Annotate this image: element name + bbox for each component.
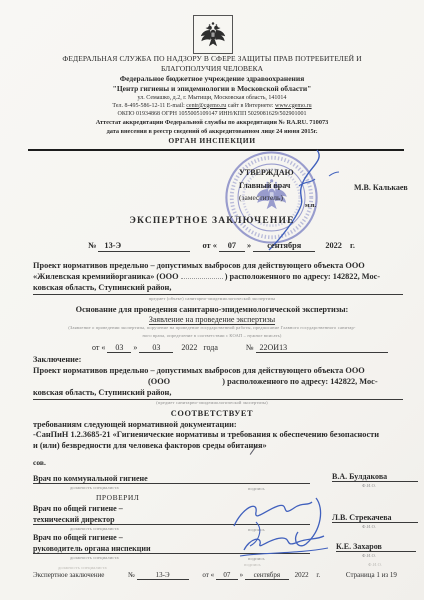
signer2-position-sublabel: должность специалиста bbox=[70, 526, 119, 531]
signer2-signature-line bbox=[216, 524, 310, 525]
footer-from-label: от « bbox=[190, 571, 214, 579]
institution-type: Федеральное бюджетное учреждение здравоо… bbox=[0, 75, 424, 84]
basis-note-line1: (Заявление о проведении экспертизы, пору… bbox=[30, 325, 394, 330]
quote-close: » bbox=[247, 241, 251, 250]
basis-quote-open: « bbox=[101, 343, 105, 352]
signer2-name: Л.В. Стрекачева bbox=[332, 513, 418, 523]
basis-quote-close: » bbox=[133, 343, 137, 352]
year-value: 2022 bbox=[317, 241, 342, 250]
basis-year: 2022 bbox=[175, 343, 197, 352]
basis-year-word: года bbox=[199, 343, 217, 352]
document-page: ФЕДЕРАЛЬНАЯ СЛУЖБА ПО НАДЗОРУ В СФЕРЕ ЗА… bbox=[0, 0, 424, 600]
signer3-name: К.Е. Захаров bbox=[336, 542, 416, 552]
conclusion-label: Заключение: bbox=[33, 355, 81, 365]
registration-codes: ОКПО 01934868 ОГРН 1055005109147 ИНН/КПП… bbox=[0, 111, 424, 118]
requirements-line1: -СанПиН 1.2.3685-21 «Гигиенические норма… bbox=[33, 430, 403, 439]
conclusion-line3: ковская область, Ступинский район, bbox=[33, 388, 403, 400]
footer-year: 2022 bbox=[291, 571, 309, 579]
conclusion-caption: (предмет санитарно-эпидемиологической эк… bbox=[0, 400, 424, 405]
spare-name-sublabel: Ф.И.О. bbox=[368, 562, 382, 567]
basis-statement: Заявление на проведение экспертизы bbox=[0, 315, 424, 324]
footer-month: сентября bbox=[245, 571, 289, 580]
accreditation-line1: Аттестат аккредитации Федеральной службы… bbox=[0, 119, 424, 126]
signer3-position-line2: руководитель органа инспекции bbox=[33, 544, 233, 554]
spare-position-sublabel: должность специалиста bbox=[58, 565, 107, 570]
subject-line2: «Жилевская кремнийорганика» (ООО ) распо… bbox=[33, 272, 403, 281]
subject-line2b: ) расположенного по адресу: 142822, Мос- bbox=[225, 272, 380, 281]
signer2-name-sublabel: Ф.И.О. bbox=[362, 524, 376, 529]
subject-line2a: «Жилевская кремнийорганика» (ООО bbox=[33, 272, 179, 281]
signer3-sign-sublabel: подпись bbox=[248, 556, 265, 561]
conclusion-line1: Проект нормативов предельно – допустимых… bbox=[33, 366, 403, 375]
basis-date-line: от « 03 » 03 2022 года № 22ОИ13 bbox=[92, 343, 388, 353]
institution-name: "Центр гигиены и эпидемиологии в Московс… bbox=[0, 85, 424, 94]
subject-caption: предмет (объект) санитарно-эпидемиологич… bbox=[0, 296, 424, 301]
footer-no-label: № bbox=[106, 571, 135, 579]
basis-month: 03 bbox=[139, 343, 173, 353]
footer-number: 13-Э bbox=[137, 571, 189, 580]
number-label: № bbox=[88, 241, 96, 250]
agency-name-line1: ФЕДЕРАЛЬНАЯ СЛУЖБА ПО НАДЗОРУ В СФЕРЕ ЗА… bbox=[0, 55, 424, 64]
contact-line: Тел. 8-495-586-12-11 E-mail: centr@cgemo… bbox=[0, 103, 424, 110]
double-headed-eagle-icon bbox=[198, 21, 228, 49]
seal-place-mark: м.п. bbox=[305, 202, 316, 209]
signer3-signature-line bbox=[216, 553, 310, 554]
number-line: № 13-Э от « 07 » сентября 2022 г. bbox=[88, 241, 355, 252]
signer1-name: В.А. Булдакова bbox=[332, 472, 418, 482]
signer1-position: Врач по коммунальной гигиене bbox=[33, 474, 219, 484]
signer1-name-sublabel: Ф.И.О. bbox=[362, 483, 376, 488]
approver-deputy-note: (заместитель) bbox=[239, 194, 283, 203]
conclusion-line2b: ) расположенного по адресу: 142822, Мос- bbox=[222, 377, 377, 386]
footer-quote-close: » bbox=[240, 571, 244, 579]
accreditation-line2: дата внесения в реестр сведений об аккре… bbox=[0, 128, 424, 135]
state-emblem-frame bbox=[193, 15, 233, 54]
footer-page-number: Страница 1 из 19 bbox=[322, 571, 397, 579]
basis-note-line2: ного врача, определение в соответствии с… bbox=[0, 333, 424, 338]
approver-name: М.В. Калькаев bbox=[354, 183, 408, 192]
approve-label: УТВЕРЖДАЮ bbox=[239, 168, 294, 177]
document-title: ЭКСПЕРТНОЕ ЗАКЛЮЧЕНИЕ bbox=[0, 216, 424, 227]
sov-note: сов. bbox=[33, 459, 46, 468]
day-value: 07 bbox=[219, 241, 245, 252]
signer3-position-sublabel: должность специалиста bbox=[70, 555, 119, 560]
signer2-position-line2: технический директор bbox=[33, 515, 219, 525]
footer-day: 07 bbox=[216, 571, 238, 580]
letterhead-divider bbox=[28, 149, 404, 151]
institution-address: ул. Семашко, д.2, г. Мытищи, Московская … bbox=[0, 95, 424, 102]
approver-position: Главный врач bbox=[239, 181, 290, 190]
signer2-signature bbox=[228, 496, 338, 548]
subject-line1: Проект нормативов предельно – допустимых… bbox=[33, 261, 403, 270]
site-link: www.cgemo.ru bbox=[275, 103, 312, 109]
site-label: сайт в Интернете: bbox=[228, 103, 274, 109]
footer-line: Экспертное заключение № 13-Э от « 07 » с… bbox=[33, 571, 416, 580]
number-value: 13-Э bbox=[98, 241, 190, 252]
organ-inspection-label: ОРГАН ИНСПЕКЦИИ bbox=[0, 137, 424, 146]
signer2-sign-sublabel: подпись bbox=[248, 527, 265, 532]
conclusion-line2a: (ООО bbox=[148, 377, 170, 386]
signer1-position-sublabel: должность специалиста bbox=[70, 485, 119, 490]
agency-name-line2: БЛАГОПОЛУЧИЯ ЧЕЛОВЕКА bbox=[0, 65, 424, 74]
spare-sign-sublabel: подпись bbox=[244, 562, 261, 567]
basis-heading: Основание для проведения санитарно-эпиде… bbox=[0, 305, 424, 315]
basis-no-label: № bbox=[220, 343, 254, 352]
email-link: centr@cgemo.ru bbox=[186, 103, 226, 109]
year-suffix: г. bbox=[344, 241, 355, 250]
checked-label: ПРОВЕРИЛ bbox=[96, 494, 139, 503]
basis-day: 03 bbox=[107, 343, 131, 353]
signer3-position-line1: Врач по общей гигиене – bbox=[33, 533, 123, 542]
verdict: СООТВЕТСТВУЕТ bbox=[0, 409, 424, 419]
footer-year-suffix: г. bbox=[310, 571, 320, 579]
phone-label: Тел. 8-495-586-12-11 E-mail: bbox=[112, 103, 184, 109]
subject-line3: ковская область, Ступинский район, bbox=[33, 283, 403, 295]
month-value: сентября bbox=[253, 241, 315, 252]
from-label: от « bbox=[193, 241, 217, 250]
footer-label: Экспертное заключение bbox=[33, 571, 104, 579]
signer1-signature-line bbox=[216, 483, 310, 484]
signer2-position-line1: Врач по общей гигиене – bbox=[33, 504, 123, 513]
requirements-intro: требованиям следующей нормативной докуме… bbox=[33, 420, 403, 429]
basis-number: 22ОИ13 bbox=[256, 343, 388, 353]
signer3-name-sublabel: Ф.И.О. bbox=[362, 553, 376, 558]
basis-statement-text: Заявление на проведение экспертизы bbox=[149, 315, 275, 325]
requirements-line2: и (или) безвредности для человека фактор… bbox=[33, 441, 403, 450]
conclusion-line2: (ООО ) расположенного по адресу: 142822,… bbox=[148, 377, 378, 387]
signer1-sign-sublabel: подпись bbox=[248, 486, 265, 491]
basis-from-label: от bbox=[92, 343, 99, 352]
